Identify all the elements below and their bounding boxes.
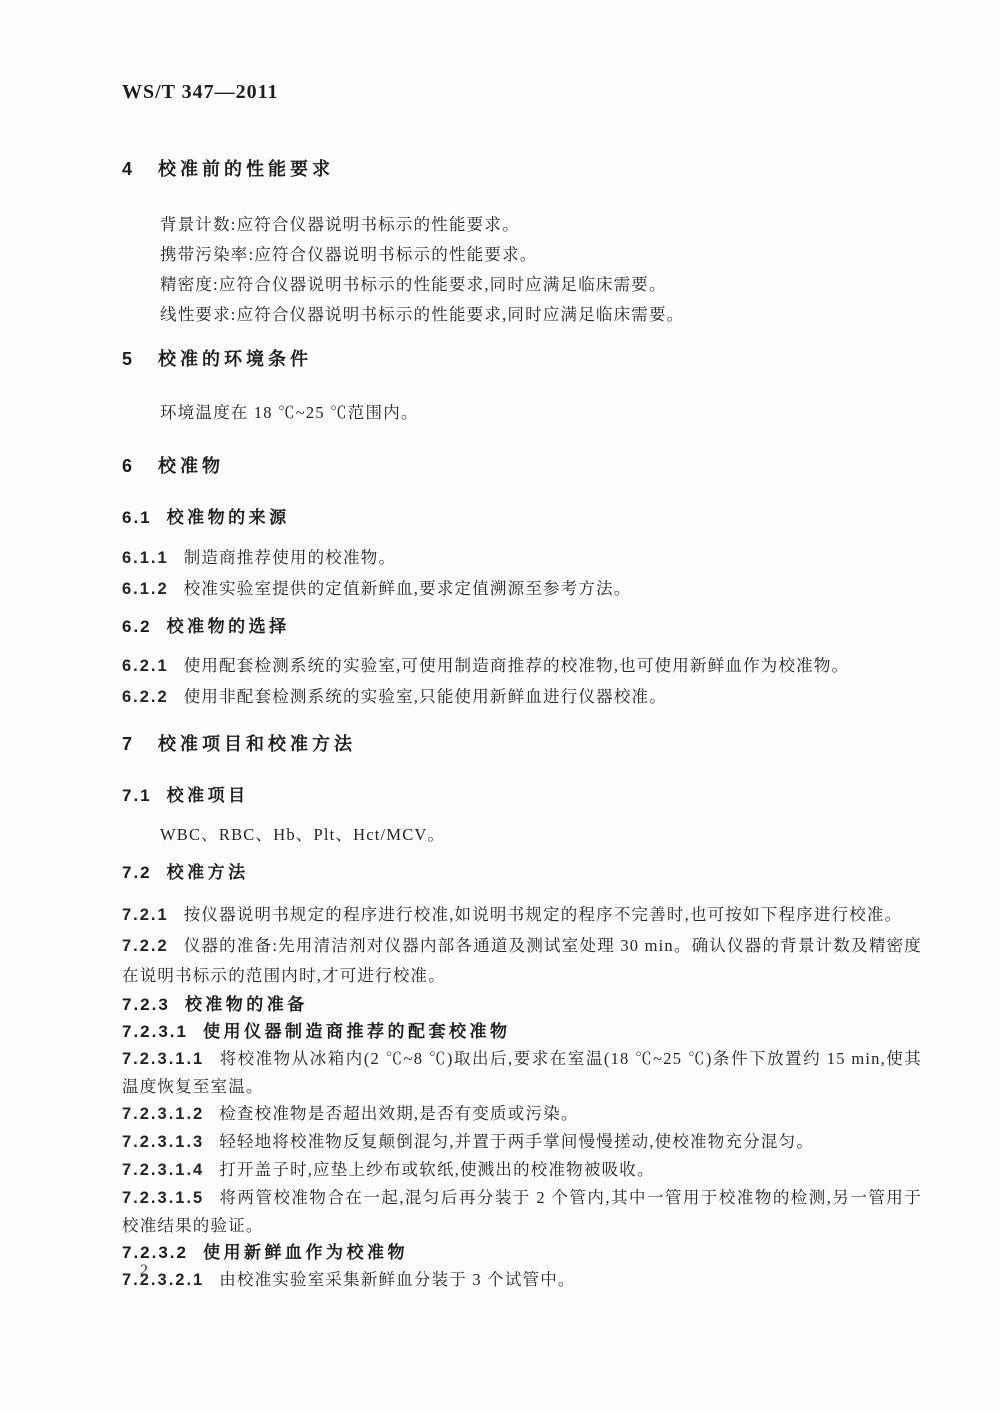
clause-number: 6.1 bbox=[122, 508, 152, 527]
subsection-heading: 7.2.3校准物的准备 bbox=[122, 991, 922, 1018]
clause-text: 校准项目和校准方法 bbox=[158, 734, 356, 754]
clause-text: 使用非配套检测系统的实验室,只能使用新鲜血进行仪器校准。 bbox=[184, 687, 667, 706]
clause-number: 5 bbox=[122, 349, 134, 369]
clause-number: 7.2.3.1.5 bbox=[122, 1189, 204, 1207]
paragraph-text: 环境温度在 18 ℃~25 ℃范围内。 bbox=[160, 403, 419, 422]
clause-number: 7.2.2 bbox=[122, 937, 169, 955]
paragraph: 背景计数:应符合仪器说明书标示的性能要求。 bbox=[122, 210, 922, 240]
clause-text: 校准物的来源 bbox=[167, 508, 290, 527]
clause-text: 使用新鲜血作为校准物 bbox=[203, 1243, 408, 1262]
paragraph-text: 线性要求:应符合仪器说明书标示的性能要求,同时应满足临床需要。 bbox=[160, 305, 684, 324]
clause-text: 校准项目 bbox=[167, 786, 249, 805]
clause: 6.2.1使用配套检测系统的实验室,可使用制造商推荐的校准物,也可使用新鲜血作为… bbox=[122, 651, 922, 681]
clause: 7.2.3.1.3轻轻地将校准物反复颠倒混匀,并置于两手掌间慢慢搓动,使校准物充… bbox=[122, 1128, 922, 1156]
clause-number: 6.2.2 bbox=[122, 688, 169, 706]
clause-number: 7.2.3 bbox=[122, 995, 170, 1014]
clause-text: 将校准物从冰箱内(2 ℃~8 ℃)取出后,要求在室温(18 ℃~25 ℃)条件下… bbox=[122, 1049, 922, 1096]
clause: 6.1.2校准实验室提供的定值新鲜血,要求定值溯源至参考方法。 bbox=[122, 574, 922, 604]
clause-number: 7.2.3.1.1 bbox=[122, 1050, 204, 1068]
subsection-heading: 7.1校准项目 bbox=[122, 781, 922, 810]
clause-text: 校准物的准备 bbox=[185, 995, 308, 1014]
clause-number: 6.1.2 bbox=[122, 580, 169, 598]
clause-text: 打开盖子时,应垫上纱布或软纸,使溅出的校准物被吸收。 bbox=[219, 1160, 654, 1179]
clause-number: 6.1.1 bbox=[122, 549, 169, 567]
clause-number: 4 bbox=[122, 159, 134, 179]
clause-blocks: 4校准前的性能要求背景计数:应符合仪器说明书标示的性能要求。携带污染率:应符合仪… bbox=[122, 156, 922, 1294]
clause-text: 轻轻地将校准物反复颠倒混匀,并置于两手掌间慢慢搓动,使校准物充分混匀。 bbox=[219, 1132, 814, 1151]
clause-number: 7.2.3.2 bbox=[122, 1243, 188, 1262]
standard-number-header: WS/T 347—2011 bbox=[122, 80, 922, 104]
clause-text: 按仪器说明书规定的程序进行校准,如说明书规定的程序不完善时,也可按如下程序进行校… bbox=[184, 905, 903, 924]
paragraph: WBC、RBC、Hb、Plt、Hct/MCV。 bbox=[122, 820, 922, 850]
clause-number: 7.2.3.1 bbox=[122, 1022, 188, 1041]
clause-text: 校准物的选择 bbox=[167, 617, 290, 636]
clause-text: 校准实验室提供的定值新鲜血,要求定值溯源至参考方法。 bbox=[184, 579, 632, 598]
clause-text: 使用仪器制造商推荐的配套校准物 bbox=[203, 1022, 511, 1041]
paragraph-text: WBC、RBC、Hb、Plt、Hct/MCV。 bbox=[160, 825, 445, 844]
section-heading: 6校准物 bbox=[122, 453, 922, 479]
paragraph-text: 精密度:应符合仪器说明书标示的性能要求,同时应满足临床需要。 bbox=[160, 275, 667, 294]
paragraph: 线性要求:应符合仪器说明书标示的性能要求,同时应满足临床需要。 bbox=[122, 300, 922, 330]
clause-text: 仪器的准备:先用清洁剂对仪器内部各通道及测试室处理 30 min。确认仪器的背景… bbox=[122, 936, 922, 985]
clause-number: 7.2.3.1.4 bbox=[122, 1161, 204, 1179]
page-number: 2 bbox=[140, 1262, 148, 1280]
subsection-heading: 7.2.3.1使用仪器制造商推荐的配套校准物 bbox=[122, 1018, 922, 1045]
paragraph: 环境温度在 18 ℃~25 ℃范围内。 bbox=[122, 398, 922, 428]
clause: 7.2.3.1.1将校准物从冰箱内(2 ℃~8 ℃)取出后,要求在室温(18 ℃… bbox=[122, 1045, 922, 1100]
clause-text: 制造商推荐使用的校准物。 bbox=[184, 548, 396, 567]
subsection-heading: 7.2.3.2使用新鲜血作为校准物 bbox=[122, 1239, 922, 1266]
paragraph-text: 背景计数:应符合仪器说明书标示的性能要求。 bbox=[160, 215, 520, 234]
clause-text: 由校准实验室采集新鲜血分装于 3 个试管中。 bbox=[219, 1270, 575, 1289]
clause-number: 7.2.3.1.2 bbox=[122, 1105, 204, 1123]
clause-number: 6.2 bbox=[122, 617, 152, 636]
clause-text: 使用配套检测系统的实验室,可使用制造商推荐的校准物,也可使用新鲜血作为校准物。 bbox=[184, 656, 850, 675]
clause-number: 7.2.3.1.3 bbox=[122, 1133, 204, 1151]
clause: 7.2.3.1.4打开盖子时,应垫上纱布或软纸,使溅出的校准物被吸收。 bbox=[122, 1156, 922, 1184]
clause-text: 校准方法 bbox=[167, 863, 249, 882]
paragraph: 携带污染率:应符合仪器说明书标示的性能要求。 bbox=[122, 240, 922, 270]
clause: 6.2.2使用非配套检测系统的实验室,只能使用新鲜血进行仪器校准。 bbox=[122, 682, 922, 712]
clause-text: 校准的环境条件 bbox=[158, 349, 312, 369]
clause-number: 7.1 bbox=[122, 786, 152, 805]
paragraph: 精密度:应符合仪器说明书标示的性能要求,同时应满足临床需要。 bbox=[122, 270, 922, 300]
section-heading: 7校准项目和校准方法 bbox=[122, 731, 922, 757]
clause-text: 检查校准物是否超出效期,是否有变质或污染。 bbox=[219, 1104, 578, 1123]
document-page: WS/T 347—2011 4校准前的性能要求背景计数:应符合仪器说明书标示的性… bbox=[0, 0, 1000, 1413]
clause-text: 将两管校准物合在一起,混匀后再分装于 2 个管内,其中一管用于校准物的检测,另一… bbox=[122, 1188, 922, 1235]
paragraph-text: 携带污染率:应符合仪器说明书标示的性能要求。 bbox=[160, 245, 537, 264]
clause-number: 7 bbox=[122, 734, 134, 754]
clause-number: 6.2.1 bbox=[122, 657, 169, 675]
clause-number: 7.2.3.2.1 bbox=[122, 1271, 204, 1289]
subsection-heading: 6.1校准物的来源 bbox=[122, 503, 922, 532]
clause: 7.2.1按仪器说明书规定的程序进行校准,如说明书规定的程序不完善时,也可按如下… bbox=[122, 900, 922, 930]
clause-number: 7.2 bbox=[122, 863, 152, 882]
clause: 7.2.3.1.5将两管校准物合在一起,混匀后再分装于 2 个管内,其中一管用于… bbox=[122, 1184, 922, 1239]
clause: 6.1.1制造商推荐使用的校准物。 bbox=[122, 543, 922, 573]
clause: 7.2.3.1.2检查校准物是否超出效期,是否有变质或污染。 bbox=[122, 1100, 922, 1128]
clause-number: 6 bbox=[122, 456, 134, 476]
clause-text: 校准前的性能要求 bbox=[158, 159, 334, 179]
clause: 7.2.3.2.1由校准实验室采集新鲜血分装于 3 个试管中。 bbox=[122, 1266, 922, 1294]
section-heading: 4校准前的性能要求 bbox=[122, 156, 922, 182]
clause-number: 7.2.1 bbox=[122, 906, 169, 924]
clause-text: 校准物 bbox=[158, 456, 224, 476]
section-heading: 5校准的环境条件 bbox=[122, 346, 922, 372]
clause: 7.2.2仪器的准备:先用清洁剂对仪器内部各通道及测试室处理 30 min。确认… bbox=[122, 931, 922, 991]
subsection-heading: 6.2校准物的选择 bbox=[122, 612, 922, 641]
page-content: WS/T 347—2011 4校准前的性能要求背景计数:应符合仪器说明书标示的性… bbox=[122, 80, 922, 1294]
subsection-heading: 7.2校准方法 bbox=[122, 858, 922, 887]
